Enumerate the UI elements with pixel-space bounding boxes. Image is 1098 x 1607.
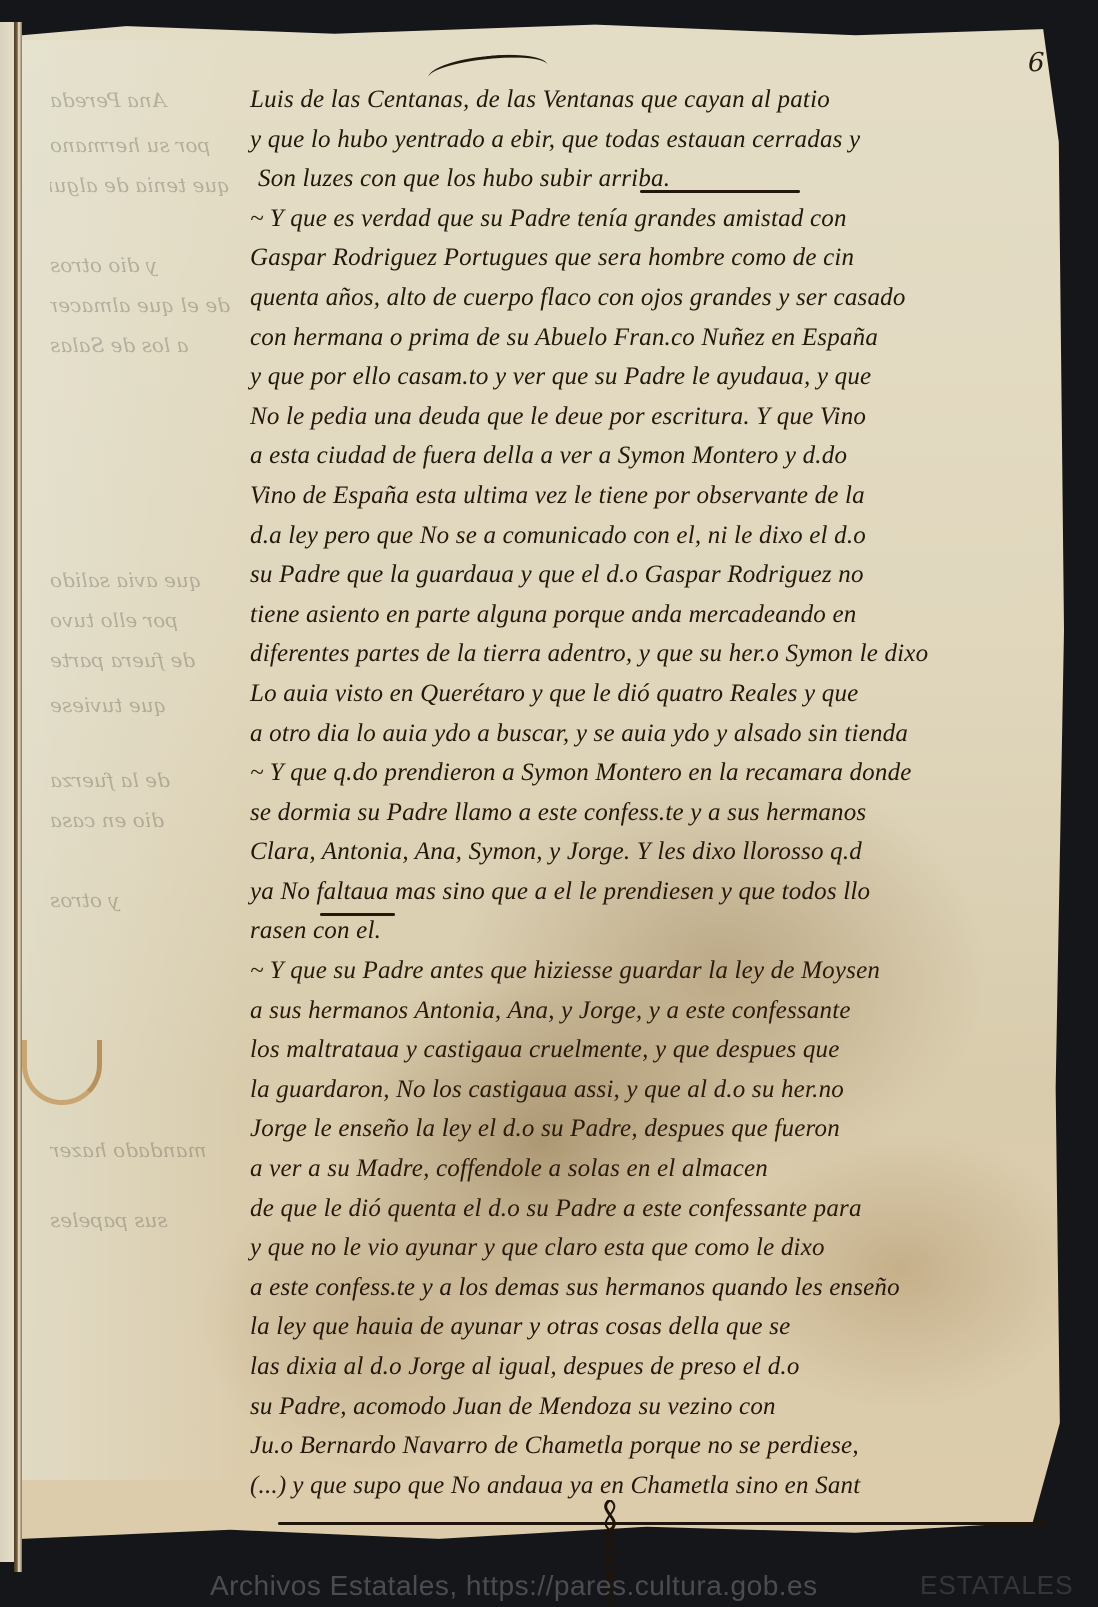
bleed-line: por su hermano	[50, 125, 230, 165]
text-line-content: Y que es verdad que su Padre tenía grand…	[270, 205, 847, 232]
archive-watermark: Archivos Estatales, https://pares.cultur…	[210, 1570, 818, 1602]
text-line: rasen con el.	[250, 911, 1040, 951]
bleed-line: Ana Pereda	[50, 80, 230, 120]
text-line: ~Y que su Padre antes que hiziesse guard…	[250, 951, 1040, 991]
text-line: d.a ley pero que No se a comunicado con …	[250, 516, 1040, 556]
bleed-line: y dio otros	[50, 245, 230, 285]
text-line: ~Y que q.do prendieron a Symon Montero e…	[250, 753, 1040, 793]
bleed-line: mandado hazer	[50, 1130, 230, 1170]
bleed-line: por ello tuvo	[50, 600, 230, 640]
paragraph-mark-icon: ~	[250, 205, 264, 232]
paragraph-mark-icon: (...)	[250, 1472, 286, 1499]
text-line: diferentes partes de la tierra adentro, …	[250, 634, 1040, 674]
text-line: Luis de las Centanas, de las Ventanas qu…	[250, 80, 1040, 120]
text-line: Son luzes con que los hubo subir arriba.	[250, 159, 1040, 199]
bleed-line: sus papeles	[50, 1200, 230, 1240]
closing-rule-line	[278, 1522, 1048, 1525]
text-line: Gaspar Rodriguez Portugues que sera homb…	[250, 238, 1040, 278]
text-line: quenta años, alto de cuerpo flaco con oj…	[250, 278, 1040, 318]
text-line: Vino de España esta ultima vez le tiene …	[250, 476, 1040, 516]
text-line: los maltrataua y castigaua cruelmente, y…	[250, 1030, 1040, 1070]
text-line: a otro dia lo auia ydo a buscar, y se au…	[250, 714, 1040, 754]
text-line: su Padre, acomodo Juan de Mendoza su vez…	[250, 1387, 1040, 1427]
text-line: a ver a su Madre, coffendole a solas en …	[250, 1149, 1040, 1189]
text-line: y que lo hubo yentrado a ebir, que todas…	[250, 120, 1040, 160]
text-line: ya No faltaua mas sino que a el le prend…	[250, 872, 1040, 912]
text-line: Clara, Antonia, Ana, Symon, y Jorge. Y l…	[250, 832, 1040, 872]
text-line: la guardaron, No los castigaua assi, y q…	[250, 1070, 1040, 1110]
text-line-content: Y que q.do prendieron a Symon Montero en…	[270, 759, 912, 786]
scanned-page-background: Ana Pereda por su hermano que tenia de a…	[0, 0, 1098, 1607]
text-line: se dormia su Padre llamo a este confess.…	[250, 793, 1040, 833]
bleed-line: que tuviese	[50, 685, 230, 725]
text-line: Ju.o Bernardo Navarro de Chametla porque…	[250, 1426, 1040, 1466]
text-line: Jorge le enseño la ley el d.o su Padre, …	[250, 1109, 1040, 1149]
text-line-content: Y que su Padre antes que hiziesse guarda…	[270, 957, 880, 984]
text-line: tiene asiento en parte alguna porque and…	[250, 595, 1040, 635]
text-line: y que no le vio ayunar y que claro esta …	[250, 1228, 1040, 1268]
text-line: Lo auia visto en Querétaro y que le dió …	[250, 674, 1040, 714]
bleed-line: de fuera parte	[50, 640, 230, 680]
bleed-line: a los de Salas	[50, 325, 230, 365]
text-line: No le pedia una deuda que le deue por es…	[250, 397, 1040, 437]
archive-watermark-fragment: ESTATALES	[920, 1570, 1074, 1601]
paragraph-mark-icon: ~	[250, 759, 264, 786]
bleed-line: de el que almacen	[50, 285, 230, 325]
text-line: ~Y que es verdad que su Padre tenía gran…	[250, 199, 1040, 239]
binding-fold	[14, 22, 22, 1572]
text-line-content: y que supo que No andaua ya en Chametla …	[292, 1472, 860, 1499]
text-line: a este confess.te y a los demas sus herm…	[250, 1268, 1040, 1308]
text-line: y que por ello casam.to y ver que su Pad…	[250, 357, 1040, 397]
manuscript-text-block: Luis de las Centanas, de las Ventanas qu…	[250, 80, 1040, 1505]
text-line: con hermana o prima de su Abuelo Fran.co…	[250, 318, 1040, 358]
bleed-line: dio en casa	[50, 800, 230, 840]
bleed-line: que avia salido	[50, 560, 230, 600]
text-line: la ley que hauia de ayunar y otras cosas…	[250, 1307, 1040, 1347]
text-line: (...)y que supo que No andaua ya en Cham…	[250, 1466, 1040, 1506]
text-line: las dixia al d.o Jorge al igual, despues…	[250, 1347, 1040, 1387]
text-line: de que le dió quenta el d.o su Padre a e…	[250, 1189, 1040, 1229]
text-line: a esta ciudad de fuera della a ver a Sym…	[250, 436, 1040, 476]
folio-number: 6	[1028, 48, 1045, 78]
bleed-line: y otros	[50, 880, 230, 920]
bleed-line: que tenia de alguno	[50, 165, 230, 205]
bleed-line: de la fuerza	[50, 760, 230, 800]
paragraph-mark-icon: ~	[250, 957, 264, 984]
text-line: a sus hermanos Antonia, Ana, y Jorge, y …	[250, 991, 1040, 1031]
text-line: su Padre que la guardaua y que el d.o Ga…	[250, 555, 1040, 595]
